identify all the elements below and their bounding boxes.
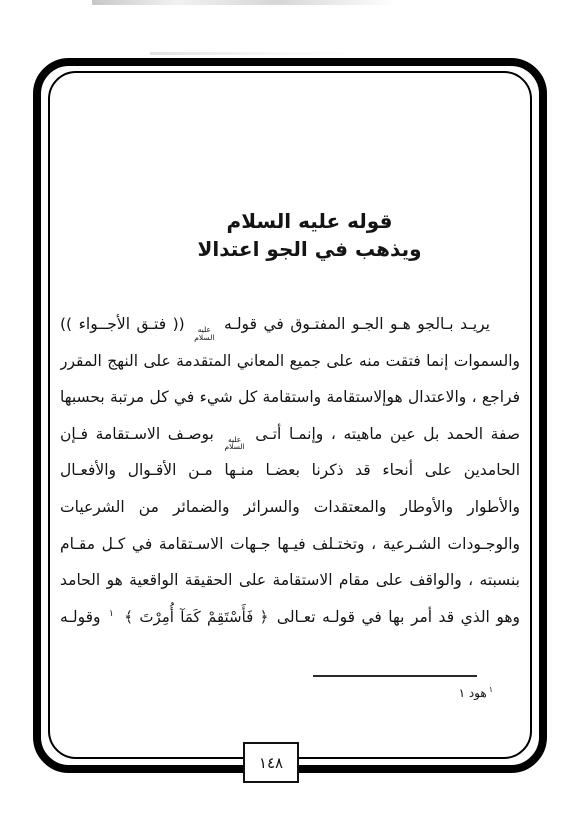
body-line: والوجـودات الشـرعية ، وتختـلف فيـها جـها… <box>60 526 520 563</box>
body-line: الحامدين على أنحاء قد ذكرنا بعضـا منـها … <box>60 452 520 489</box>
body-text-segment: وهو الذي قد أمر بها في قولـه تعـالى <box>277 608 520 626</box>
footnote: ١هود ١ <box>459 684 495 702</box>
body-text-segment: (( فتـق الأجــواء )) <box>60 315 185 333</box>
body-line: والسموات إنما فتقت منه على جميع المعاني … <box>60 343 520 380</box>
page-number: ١٤٨ <box>259 754 283 772</box>
body-text-segment: صفة الحمد بل عين ماهيته ، وإنمـا أتـى <box>255 425 520 443</box>
footnote-text: هود ١ <box>459 686 487 700</box>
footnote-separator <box>313 675 477 677</box>
body-text-segment: فراجع ، والاعتدال هوإلاستقامة واستقامة ك… <box>60 388 520 416</box>
body-text-segment: والأطوار والأوطار والمعتقدات والسرائر وا… <box>60 498 520 526</box>
honorific-mark: عليهالسلام <box>224 436 244 451</box>
body-text-segment: بنسبته ، والواقف على مقام الاستقامة على … <box>60 571 520 599</box>
footnote-marker: ١ <box>489 685 493 694</box>
body-text-segment: والوجـودات الشـرعية ، وتختـلف فيـها جـها… <box>60 535 520 553</box>
body-text-segment: الحامدين على أنحاء قد ذكرنا بعضـا منـها … <box>60 461 520 489</box>
scan-artifact <box>150 52 360 55</box>
chapter-title-line1: قوله عليه السلام <box>40 207 579 235</box>
honorific-mark: عليهالسلام <box>194 326 214 341</box>
body-line: والأطوار والأوطار والمعتقدات والسرائر وا… <box>60 489 520 526</box>
body-line: بنسبته ، والواقف على مقام الاستقامة على … <box>60 562 520 599</box>
body-text: يريـد بـالجو هـو الجـو المفتـوق في قولـه… <box>60 306 520 635</box>
body-line: وهو الذي قد أمر بها في قولـه تعـالى ﴿ فَ… <box>60 599 520 636</box>
body-line: فراجع ، والاعتدال هوإلاستقامة واستقامة ك… <box>60 379 520 416</box>
page-number-badge: ١٤٨ <box>243 742 299 783</box>
chapter-title: قوله عليه السلام ويذهب في الجو اعتدالا <box>40 207 579 263</box>
body-text-segment: يريـد بـالجو هـو الجـو المفتـوق في قولـه <box>224 315 490 333</box>
scan-artifact <box>92 0 430 5</box>
chapter-title-line2: ويذهب في الجو اعتدالا <box>40 235 579 263</box>
body-text-segment: والسموات إنما فتقت منه على جميع المعاني … <box>60 352 520 380</box>
book-page: قوله عليه السلام ويذهب في الجو اعتدالا ي… <box>0 0 579 831</box>
body-line: يريـد بـالجو هـو الجـو المفتـوق في قولـه… <box>60 306 520 343</box>
footnote-ref: ١ <box>109 609 114 619</box>
body-line: صفة الحمد بل عين ماهيته ، وإنمـا أتـى عل… <box>60 416 520 453</box>
quran-quote: ﴿ فَأَسْتَقِمْ كَمَآ أُمِرْتَ ﴾ <box>124 608 268 626</box>
body-text-segment: وقولـه <box>60 608 100 626</box>
